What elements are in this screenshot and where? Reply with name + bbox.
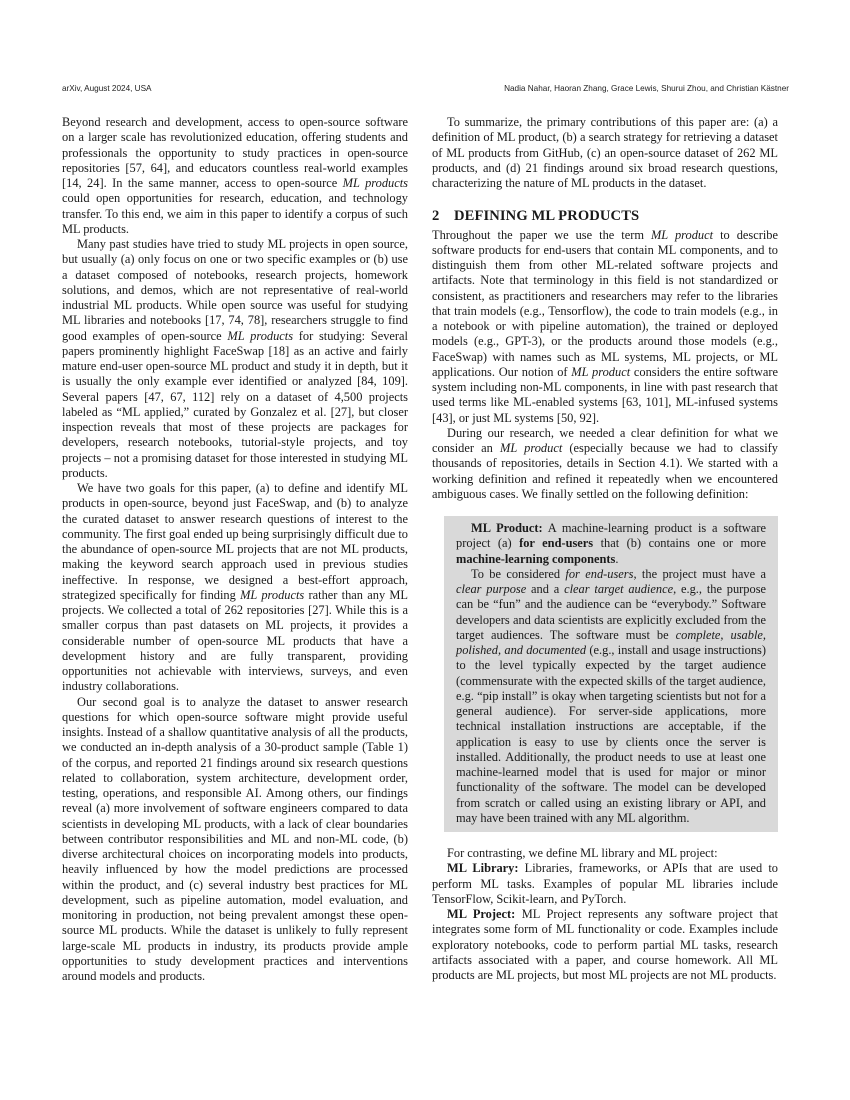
definition-box: ML Product: A machine-learning product i…: [444, 516, 778, 832]
left-column: Beyond research and development, access …: [62, 115, 408, 984]
right-column: To summarize, the primary contributions …: [432, 115, 778, 983]
paragraph: Beyond research and development, access …: [62, 115, 408, 237]
definition-elaboration: To be considered for end-users, the proj…: [456, 567, 766, 826]
section-heading: 2DEFINING ML PRODUCTS: [432, 209, 778, 224]
paragraph: We have two goals for this paper, (a) to…: [62, 481, 408, 695]
paragraph: For contrasting, we define ML library an…: [432, 846, 778, 861]
section-title: DEFINING ML PRODUCTS: [454, 208, 639, 224]
section-number: 2: [432, 209, 454, 224]
ml-library-definition: ML Library: Libraries, frameworks, or AP…: [432, 861, 778, 907]
paragraph: Our second goal is to analyze the datase…: [62, 695, 408, 985]
paragraph: Throughout the paper we use the term ML …: [432, 228, 778, 426]
running-header: arXiv, August 2024, USA Nadia Nahar, Hao…: [62, 84, 789, 93]
paragraph: To summarize, the primary contributions …: [432, 115, 778, 191]
authors-label: Nadia Nahar, Haoran Zhang, Grace Lewis, …: [504, 84, 789, 93]
paragraph: During our research, we needed a clear d…: [432, 426, 778, 502]
definition-term: ML Product:: [471, 521, 543, 535]
ml-project-definition: ML Project: ML Project represents any so…: [432, 907, 778, 983]
venue-label: arXiv, August 2024, USA: [62, 84, 152, 93]
paragraph: Many past studies have tried to study ML…: [62, 237, 408, 481]
definition-text: ML Product: A machine-learning product i…: [456, 521, 766, 567]
